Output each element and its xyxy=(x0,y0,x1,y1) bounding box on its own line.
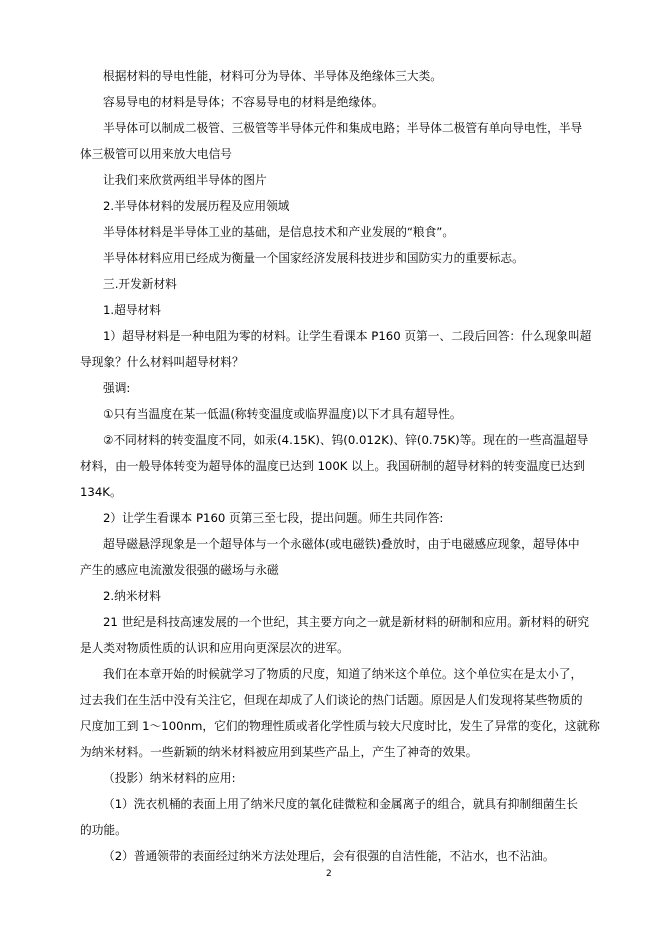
paragraph-line: 产生的感应电流激发很强的磁场与永磁 xyxy=(80,557,580,583)
paragraph-line: 根据材料的导电性能，材料可分为导体、半导体及绝缘体三大类。 xyxy=(80,63,580,89)
paragraph-line: 半导体材料应用已经成为衡量一个国家经济发展科技进步和国防实力的重要标志。 xyxy=(80,245,580,271)
page-number: 2 xyxy=(326,868,332,880)
section-heading: 2.半导体材料的发展历程及应用领域 xyxy=(80,193,580,219)
section-heading: 2.纳米材料 xyxy=(80,583,580,609)
paragraph-line: 我们在本章开始的时候就学习了物质的尺度，知道了纳米这个单位。这个单位实在是太小了… xyxy=(80,661,580,687)
paragraph-line: 导现象？什么材料叫超导材料？ xyxy=(80,349,580,375)
paragraph-line: 体三极管可以用来放大电信号 xyxy=(80,141,580,167)
paragraph-line: ②不同材料的转变温度不同，如汞(4.15K)、钨(0.012K)、锌(0.75K… xyxy=(80,427,580,453)
paragraph-line: 是人类对物质性质的认识和应用向更深层次的进军。 xyxy=(80,635,580,661)
section-heading: 三.开发新材料 xyxy=(80,271,580,297)
paragraph-line: 1）超导材料是一种电阻为零的材料。让学生看课本 P160 页第一、二段后回答：什… xyxy=(80,323,580,349)
document-body: 根据材料的导电性能，材料可分为导体、半导体及绝缘体三大类。 容易导电的材料是导体… xyxy=(80,63,580,869)
section-heading: 1.超导材料 xyxy=(80,297,580,323)
paragraph-line: 2）让学生看课本 P160 页第三至七段，提出问题。师生共同作答: xyxy=(80,505,580,531)
paragraph-line: 超导磁悬浮现象是一个超导体与一个永磁体(或电磁铁)叠放时，由于电磁感应现象，超导… xyxy=(80,531,580,557)
emphasis-label: 强调: xyxy=(80,375,580,401)
paragraph-line: 材料，由一般导体转变为超导体的温度已达到 100K 以上。我国研制的超导材料的转… xyxy=(80,453,580,479)
paragraph-line: 半导体材料是半导体工业的基础，是信息技术和产业发展的“粮食”。 xyxy=(80,219,580,245)
paragraph-line: 的功能。 xyxy=(80,817,580,843)
paragraph-line: 让我们来欣赏两组半导体的图片 xyxy=(80,167,580,193)
paragraph-line: 过去我们在生活中没有关注它，但现在却成了人们谈论的热门话题。原因是人们发现将某些… xyxy=(80,687,580,713)
paragraph-line: 半导体可以制成二极管、三极管等半导体元件和集成电路；半导体二极管有单向导电性，半… xyxy=(80,115,580,141)
paragraph-line: （1）洗衣机桶的表面上用了纳米尺度的氧化硅微粒和金属离子的组合，就具有抑制细菌生… xyxy=(80,791,580,817)
document-page: 根据材料的导电性能，材料可分为导体、半导体及绝缘体三大类。 容易导电的材料是导体… xyxy=(0,0,661,936)
paragraph-line: 容易导电的材料是导体；不容易导电的材料是绝缘体。 xyxy=(80,89,580,115)
paragraph-line: 尺度加工到 1～100nm，它们的物理性质或者化学性质与较大尺度时比，发生了异常… xyxy=(80,713,580,739)
paragraph-line: （2）普通领带的表面经过纳米方法处理后，会有很强的自洁性能，不沾水，也不沾油。 xyxy=(80,843,580,869)
paragraph-line: （投影）纳米材料的应用: xyxy=(80,765,580,791)
paragraph-line: 为纳米材料。一些新颖的纳米材料被应用到某些产品上，产生了神奇的效果。 xyxy=(80,739,580,765)
paragraph-line: ①只有当温度在某一低温(称转变温度或临界温度)以下才具有超导性。 xyxy=(80,401,580,427)
paragraph-line: 134K。 xyxy=(80,479,580,505)
paragraph-line: 21 世纪是科技高速发展的一个世纪，其主要方向之一就是新材料的研制和应用。新材料… xyxy=(80,609,580,635)
